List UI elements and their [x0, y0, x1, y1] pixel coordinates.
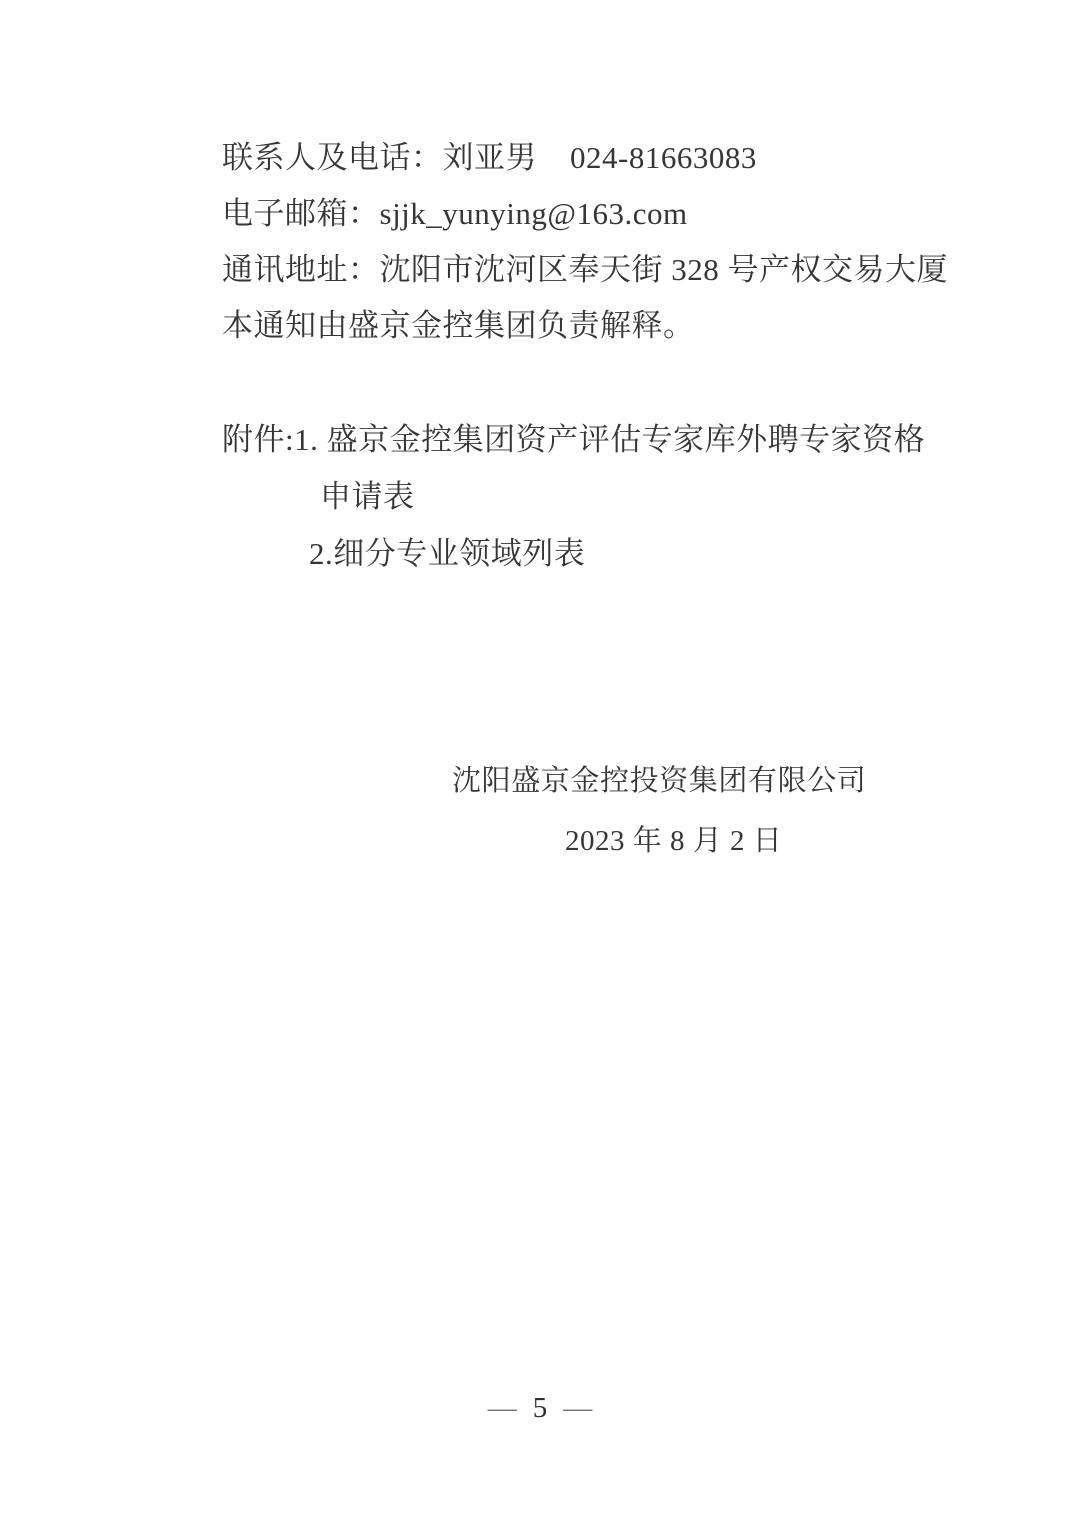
attachment-item1-line1: 1. 盛京金控集团资产评估专家库外聘专家资格	[294, 422, 925, 457]
signature-date: 2023 年 8 月 2 日	[565, 821, 782, 861]
footer-page-number: 5	[533, 1392, 548, 1424]
contact-label: 联系人及电话：	[222, 140, 443, 175]
attachment-item2: 2.细分专业领域列表	[309, 534, 585, 574]
address-line: 通讯地址：沈阳市沈河区奉天街 328 号产权交易大厦	[222, 250, 948, 290]
attachment-item1-line2: 申请表	[320, 477, 415, 517]
document-page: 联系人及电话：刘亚男024-81663083 电子邮箱：sjjk_yunying…	[0, 0, 1080, 1527]
contact-phone: 024-81663083	[570, 140, 757, 175]
email-address: sjjk_yunying@163.com	[380, 196, 688, 231]
footer-right-dash: —	[563, 1392, 592, 1424]
contact-person: 刘亚男	[443, 140, 538, 175]
footer-left-dash: —	[488, 1392, 517, 1424]
attachments-line-1: 附件:1. 盛京金控集团资产评估专家库外聘专家资格	[222, 420, 925, 460]
note-line: 本通知由盛京金控集团负责解释。	[222, 306, 695, 346]
page-footer: —5—	[0, 1390, 1080, 1426]
address-value: 沈阳市沈河区奉天街 328 号产权交易大厦	[380, 252, 949, 287]
contact-line: 联系人及电话：刘亚男024-81663083	[222, 138, 757, 178]
email-line: 电子邮箱：sjjk_yunying@163.com	[222, 194, 688, 234]
attachments-label: 附件:	[222, 422, 294, 457]
address-label: 通讯地址：	[222, 252, 380, 287]
signature-company: 沈阳盛京金控投资集团有限公司	[452, 761, 866, 801]
email-label: 电子邮箱：	[222, 196, 380, 231]
